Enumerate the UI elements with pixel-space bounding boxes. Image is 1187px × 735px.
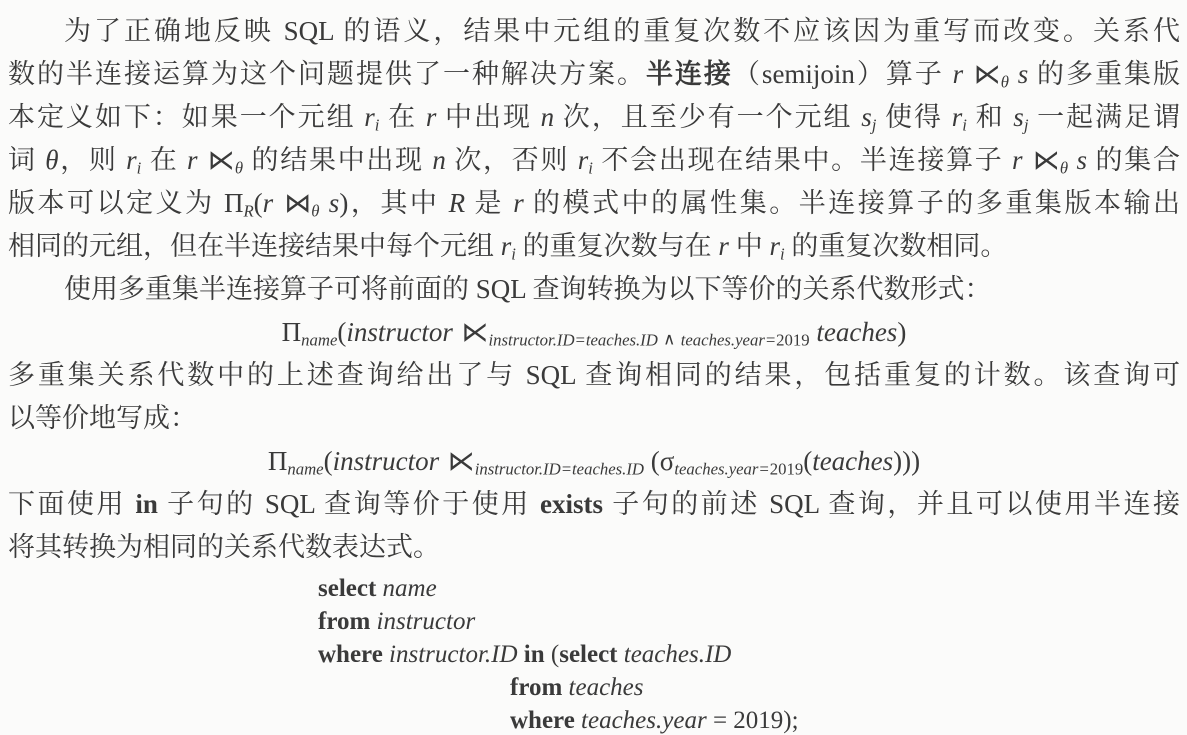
text-segment: r bbox=[187, 145, 198, 175]
text-segment: ) bbox=[897, 317, 906, 347]
text-segment: n bbox=[541, 102, 555, 132]
text-segment: 使得 bbox=[876, 102, 951, 132]
text-line: 为了正确地反映 SQL 的语义，结果中元组的重复次数不应该因为重写而改变。关系代 bbox=[8, 10, 1180, 53]
formula-semijoin-sigma: Πname(instructor ⋉instructor.ID=teaches.… bbox=[8, 440, 1180, 483]
text-line: 相同的元组，但在半连接结果中每个元组 ri 的重复次数与在 r 中 ri 的重复… bbox=[8, 225, 1180, 268]
text-segment: teaches bbox=[562, 674, 643, 701]
text-segment: r bbox=[263, 188, 274, 218]
text-segment: instructor.ID=teaches.ID bbox=[489, 331, 658, 350]
code-sql-query: select namefrom instructorwhere instruct… bbox=[318, 572, 1180, 735]
text-segment: r bbox=[952, 102, 963, 132]
text-segment: where bbox=[318, 641, 383, 668]
text-segment: （semijoin）算子 bbox=[733, 59, 953, 89]
text-segment: in bbox=[135, 489, 158, 519]
text-segment: r bbox=[364, 102, 375, 132]
text-segment: 一起满足谓 bbox=[1028, 102, 1180, 132]
code-line: select name bbox=[318, 572, 1180, 605]
text-segment: 的重复次数与在 bbox=[516, 231, 719, 261]
text-segment: teaches bbox=[812, 446, 893, 476]
text-segment: Π bbox=[282, 317, 302, 347]
text-segment: ⋉ bbox=[439, 446, 475, 477]
text-segment: 使用多重集半连接算子可将前面的 SQL 查询转换为以下等价的关系代数形式： bbox=[64, 274, 992, 304]
text-segment: r bbox=[126, 145, 137, 175]
text-line: 数的半连接运算为这个问题提供了一种解决方案。半连接（semijoin）算子 r … bbox=[8, 53, 1180, 96]
text-segment: Π bbox=[268, 446, 288, 476]
text-segment: ⋉ bbox=[963, 59, 1001, 90]
textbook-page: 为了正确地反映 SQL 的语义，结果中元组的重复次数不应该因为重写而改变。关系代… bbox=[0, 0, 1187, 735]
text-segment: name bbox=[376, 575, 436, 602]
text-line: 下面使用 in 子句的 SQL 查询等价于使用 exists 子句的前述 SQL… bbox=[8, 483, 1180, 526]
text-segment: s bbox=[1013, 102, 1024, 132]
text-segment: ⋉ bbox=[198, 145, 235, 176]
text-segment: 的模式中的属性集。半连接算子的多重集版本输出 bbox=[524, 188, 1180, 218]
text-segment: 2019 bbox=[770, 460, 803, 479]
text-segment: θ bbox=[1001, 73, 1009, 92]
text-segment: ( bbox=[324, 446, 333, 476]
text-segment: 中出现 bbox=[436, 102, 540, 132]
text-segment: 下面使用 bbox=[8, 489, 135, 519]
text-segment: instructor.ID=teaches.ID bbox=[475, 460, 644, 479]
text-segment: ⋉ bbox=[453, 317, 489, 348]
paragraph-in-exists: 下面使用 in 子句的 SQL 查询等价于使用 exists 子句的前述 SQL… bbox=[8, 483, 1180, 569]
text-segment: r bbox=[718, 231, 729, 261]
text-segment: θ bbox=[1060, 159, 1068, 178]
text-segment: s bbox=[1009, 59, 1028, 89]
text-segment: 数的半连接运算为这个问题提供了一种解决方案。 bbox=[8, 59, 646, 89]
text-segment: R bbox=[243, 202, 253, 221]
text-segment: 子句的 SQL 查询等价于使用 bbox=[158, 489, 540, 519]
text-segment: θ bbox=[311, 202, 319, 221]
text-segment: θ bbox=[235, 159, 243, 178]
text-segment: 的重复次数相同。 bbox=[785, 231, 1008, 261]
text-segment: 以等价地写成： bbox=[8, 403, 197, 433]
text-segment: )，其中 bbox=[339, 188, 448, 218]
text-segment: instructor bbox=[346, 317, 453, 347]
text-segment: teaches.year bbox=[575, 707, 707, 734]
text-segment: r bbox=[578, 145, 589, 175]
text-segment: 为了正确地反映 SQL 的语义，结果中元组的重复次数不应该因为重写而改变。关系代 bbox=[64, 16, 1180, 46]
text-segment: ( bbox=[803, 446, 812, 476]
text-segment: teaches.year= bbox=[681, 331, 776, 350]
text-segment: name bbox=[301, 331, 337, 350]
text-segment: name bbox=[287, 460, 323, 479]
text-segment: 和 bbox=[967, 102, 1013, 132]
text-segment: r bbox=[953, 59, 964, 89]
text-segment: s bbox=[861, 102, 872, 132]
text-segment: 的多重集版 bbox=[1028, 59, 1180, 89]
text-segment: 是 bbox=[465, 188, 513, 218]
text-segment: select bbox=[318, 575, 376, 602]
formula-semijoin-multiset: Πname(instructor ⋉instructor.ID=teaches.… bbox=[8, 311, 1180, 354]
text-line: 本定义如下：如果一个元组 ri 在 r 中出现 n 次，且至少有一个元组 sj … bbox=[8, 96, 1180, 139]
text-segment: θ bbox=[45, 145, 58, 175]
code-line: where instructor.ID in (select teaches.I… bbox=[318, 638, 1180, 671]
text-segment: from bbox=[318, 608, 370, 635]
paragraph-semijoin-definition: 为了正确地反映 SQL 的语义，结果中元组的重复次数不应该因为重写而改变。关系代… bbox=[8, 10, 1180, 268]
text-line: 将其转换为相同的关系代数表达式。 bbox=[8, 526, 1180, 569]
text-segment: 多重集关系代数中的上述查询给出了与 SQL 查询相同的结果，包括重复的计数。该查… bbox=[8, 360, 1180, 390]
text-segment: 本定义如下：如果一个元组 bbox=[8, 102, 364, 132]
code-line: from teaches bbox=[318, 671, 1180, 704]
text-segment: ))) bbox=[893, 446, 920, 476]
text-segment: ( bbox=[545, 641, 560, 668]
page-content: 为了正确地反映 SQL 的语义，结果中元组的重复次数不应该因为重写而改变。关系代… bbox=[8, 10, 1180, 735]
paragraph-intro-conversion: 使用多重集半连接算子可将前面的 SQL 查询转换为以下等价的关系代数形式： bbox=[8, 268, 1180, 311]
text-segment: teaches bbox=[810, 317, 898, 347]
text-segment: 中 bbox=[729, 231, 770, 261]
text-segment: σ bbox=[660, 446, 675, 476]
text-segment: r bbox=[513, 188, 524, 218]
text-segment: 版本可以定义为 bbox=[8, 188, 224, 218]
text-segment: instructor bbox=[333, 446, 440, 476]
text-segment: teaches.ID bbox=[618, 641, 732, 668]
text-segment: where bbox=[510, 707, 575, 734]
text-segment: 相同的元组，但在半连接结果中每个元组 bbox=[8, 231, 501, 261]
text-segment: 次，且至少有一个元组 bbox=[554, 102, 861, 132]
text-line: 多重集关系代数中的上述查询给出了与 SQL 查询相同的结果，包括重复的计数。该查… bbox=[8, 354, 1180, 397]
text-segment: instructor bbox=[370, 608, 475, 635]
text-segment: n bbox=[432, 145, 446, 175]
text-segment: 不会出现在结果中。半连接算子 bbox=[593, 145, 1012, 175]
text-segment: 将其转换为相同的关系代数表达式。 bbox=[8, 532, 440, 562]
text-line: 以等价地写成： bbox=[8, 397, 1180, 440]
text-segment: = 2019); bbox=[707, 707, 799, 734]
text-segment: teaches.year= bbox=[674, 460, 769, 479]
text-segment: ⋈ bbox=[273, 188, 311, 219]
text-segment: s bbox=[1068, 145, 1087, 175]
text-segment: r bbox=[769, 231, 780, 261]
text-segment: 子句的前述 SQL 查询，并且可以使用半连接 bbox=[603, 489, 1180, 519]
text-line: 使用多重集半连接算子可将前面的 SQL 查询转换为以下等价的关系代数形式： bbox=[8, 268, 1180, 311]
code-line: where teaches.year = 2019); bbox=[318, 704, 1180, 735]
text-segment: r bbox=[426, 102, 437, 132]
text-segment: ( bbox=[644, 446, 660, 476]
text-segment: 的结果中出现 bbox=[243, 145, 432, 175]
text-line: 词 θ，则 ri 在 r ⋉θ 的结果中出现 n 次，否则 ri 不会出现在结果… bbox=[8, 139, 1180, 182]
text-segment: 在 bbox=[379, 102, 425, 132]
formula-line: Πname(instructor ⋉instructor.ID=teaches.… bbox=[8, 440, 1180, 483]
text-segment: r bbox=[1012, 145, 1023, 175]
text-segment: r bbox=[501, 231, 512, 261]
text-segment: 词 bbox=[8, 145, 45, 175]
text-segment: 在 bbox=[141, 145, 187, 175]
text-segment: ∧ bbox=[658, 329, 681, 349]
text-segment: 次，否则 bbox=[446, 145, 578, 175]
text-segment: ⋉ bbox=[1023, 145, 1060, 176]
code-line: from instructor bbox=[318, 605, 1180, 638]
text-segment: ( bbox=[254, 188, 263, 218]
text-segment: from bbox=[510, 674, 562, 701]
text-segment: 2019 bbox=[776, 331, 809, 350]
text-segment: s bbox=[320, 188, 340, 218]
text-line: 版本可以定义为 ΠR(r ⋈θ s)，其中 R 是 r 的模式中的属性集。半连接… bbox=[8, 182, 1180, 225]
paragraph-equivalent-result: 多重集关系代数中的上述查询给出了与 SQL 查询相同的结果，包括重复的计数。该查… bbox=[8, 354, 1180, 440]
text-segment: 的集合 bbox=[1087, 145, 1180, 175]
text-segment: 半连接 bbox=[646, 59, 733, 89]
text-segment: ，则 bbox=[58, 145, 126, 175]
text-segment: select bbox=[559, 641, 617, 668]
text-segment: instructor.ID bbox=[383, 641, 518, 668]
text-segment: exists bbox=[540, 489, 603, 519]
text-segment: in bbox=[518, 641, 545, 668]
formula-line: Πname(instructor ⋉instructor.ID=teaches.… bbox=[8, 311, 1180, 354]
text-segment: Π bbox=[224, 188, 244, 218]
text-segment: R bbox=[449, 188, 466, 218]
